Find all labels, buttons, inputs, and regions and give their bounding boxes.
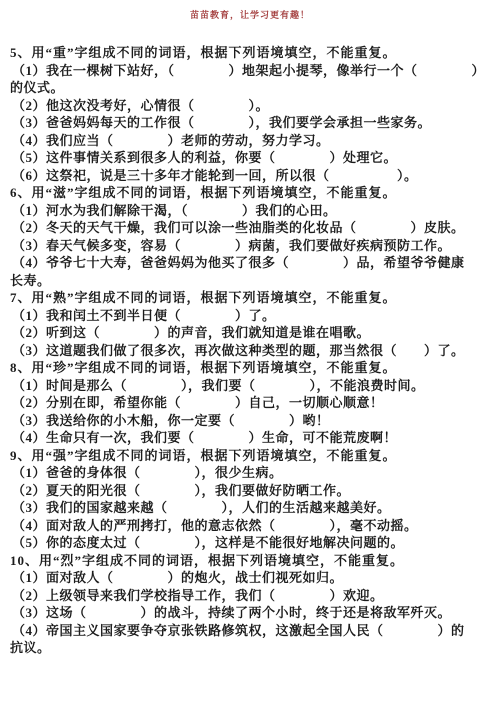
worksheet-line: （2）他这次没考好，心情很（ ）。	[10, 97, 492, 115]
worksheet-line: （1）爸爸的身体很（ ），很少生病。	[10, 464, 492, 482]
worksheet-line: （4）面对敌人的严刑拷打，他的意志依然（ ），毫不动摇。	[10, 517, 492, 535]
worksheet-line: （1）面对敌人（ ）的炮火，战士们视死如归。	[10, 569, 492, 587]
worksheet-line: （3）我们的国家越来越（ ），人们的生活越来越美好。	[10, 499, 492, 517]
worksheet-line: （3）我送给你的小木船，你一定要（ ）哟！	[10, 412, 492, 430]
worksheet-line: （3）爸爸妈妈每天的工作很（ ），我们要学会承担一些家务。	[10, 114, 492, 132]
worksheet-page: 苗苗教育，让学习更有趣！ 5、用“重”字组成不同的词语，根据下列语境填空，不能重…	[0, 0, 500, 707]
worksheet-line: （1）我和闰土不到半日便（ ）了。	[10, 307, 492, 325]
worksheet-line: （3）这道题我们做了很多次，再次做这种类型的题，那当然很（ ）了。	[10, 342, 492, 360]
worksheet-line: 9、用“强”字组成不同的词语，根据下列语境填空，不能重复。	[10, 447, 492, 465]
worksheet-line: （1）我在一棵树下站好，（ ）地架起小提琴，像举行一个（ ）	[10, 62, 492, 80]
worksheet-line: （4）我们应当（ ）老师的劳动，努力学习。	[10, 132, 492, 150]
worksheet-line: 6、用“滋”字组成不同的词语，根据下列语境填空，不能重复。	[10, 184, 492, 202]
worksheet-line: （5）你的态度太过（ ），这样是不能很好地解决问题的。	[10, 534, 492, 552]
worksheet-line: 8、用“珍”字组成不同的词语，根据下列语境填空，不能重复。	[10, 359, 492, 377]
worksheet-line: （6）这祭祀，说是三十多年才能轮到一回，所以很（ ）。	[10, 167, 492, 185]
header-slogan: 苗苗教育，让学习更有趣！	[0, 8, 500, 22]
worksheet-line: （4）帝国主义国家要争夺京张铁路修筑权，这激起全国人民（ ）的	[10, 622, 492, 640]
worksheet-line: （2）听到这（ ）的声音，我们就知道是谁在唱歌。	[10, 324, 492, 342]
worksheet-line: （5）这件事情关系到很多人的利益，你要（ ）处理它。	[10, 149, 492, 167]
worksheet-line: （3）春天气候多变，容易（ ）病菌，我们要做好疾病预防工作。	[10, 237, 492, 255]
worksheet-line: （2）冬天的天气干燥，我们可以涂一些油脂类的化妆品（ ）皮肤。	[10, 219, 492, 237]
worksheet-line: （2）分别在即，希望你能（ ）自己，一切顺心顺意！	[10, 394, 492, 412]
worksheet-line: （3）这场（ ）的战斗，持续了两个小时，终于还是将敌军歼灭。	[10, 604, 492, 622]
worksheet-line: （2）夏天的阳光很（ ），我们要做好防晒工作。	[10, 482, 492, 500]
worksheet-line: 长寿。	[10, 272, 492, 290]
worksheet-line: （1）时间是那么（ ），我们要（ ），不能浪费时间。	[10, 377, 492, 395]
worksheet-line: 5、用“重”字组成不同的词语，根据下列语境填空，不能重复。	[10, 44, 492, 62]
worksheet-lines: 5、用“重”字组成不同的词语，根据下列语境填空，不能重复。（1）我在一棵树下站好…	[0, 44, 500, 657]
worksheet-line: 的仪式。	[10, 79, 492, 97]
worksheet-line: 10、用“烈”字组成不同的词语，根据下列语境填空，不能重复。	[10, 552, 492, 570]
worksheet-line: （4）生命只有一次，我们要（ ）生命，可不能荒废啊！	[10, 429, 492, 447]
worksheet-line: 7、用“熟”字组成不同的词语，根据下列语境填空，不能重复。	[10, 289, 492, 307]
worksheet-line: （4）爷爷七十大寿，爸爸妈妈为他买了很多（ ）品，希望爷爷健康	[10, 254, 492, 272]
worksheet-line: 抗议。	[10, 639, 492, 657]
worksheet-line: （1）河水为我们解除干渴，（ ）我们的心田。	[10, 202, 492, 220]
worksheet-line: （2）上级领导来我们学校指导工作，我们（ ）欢迎。	[10, 587, 492, 605]
